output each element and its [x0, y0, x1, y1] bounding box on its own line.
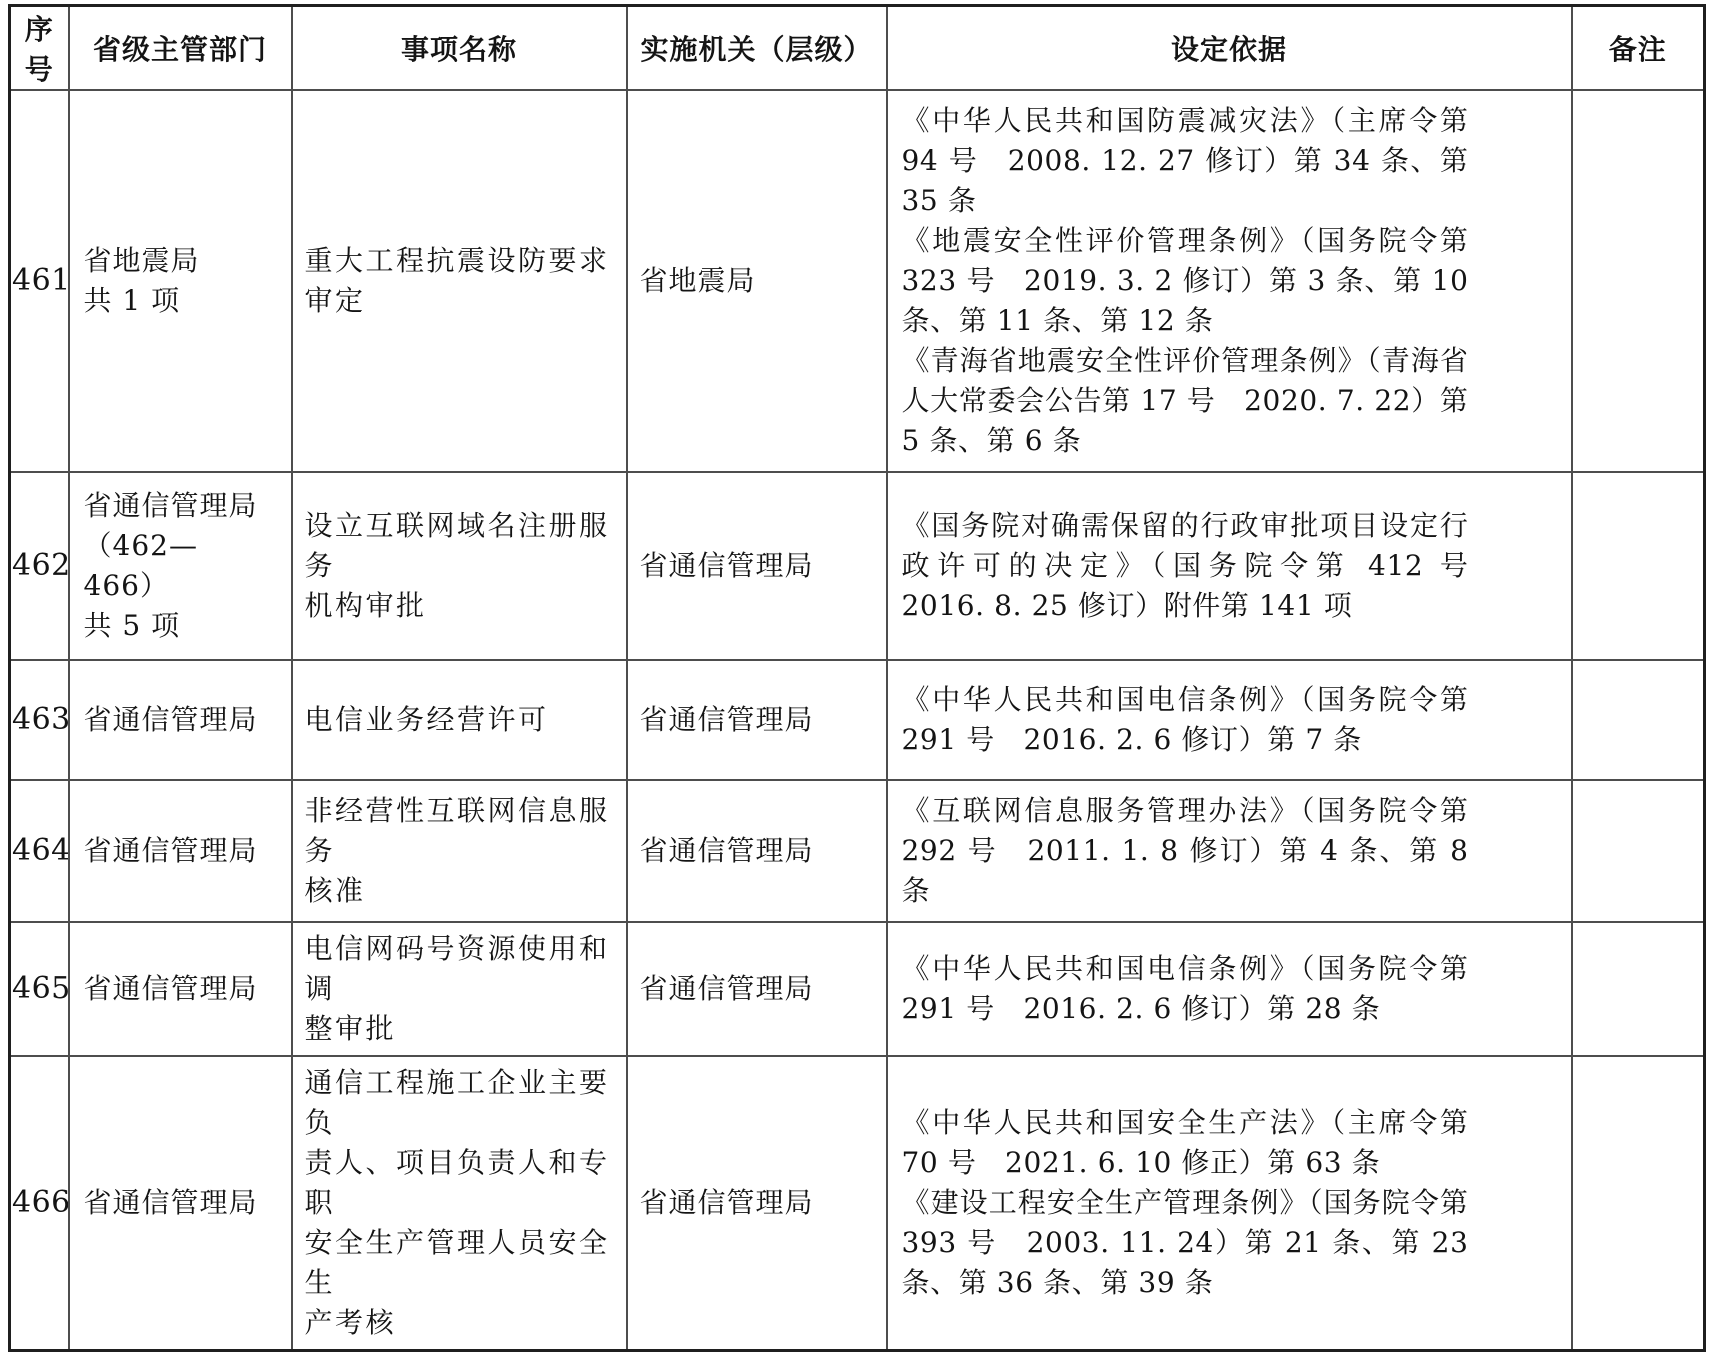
- cell-remark: [1572, 660, 1705, 780]
- cell-seq: 464: [10, 780, 69, 922]
- approval-items-table: 序号 省级主管部门 事项名称 实施机关（层级） 设定依据 备注 461 省地震局…: [8, 4, 1706, 1352]
- table-row-461: 461 省地震局 共 1 项 重大工程抗震设防要求 审定 省地震局 《中华人民共…: [10, 90, 1705, 472]
- table-row-466: 466 省通信管理局 通信工程施工企业主要负 责人、项目负责人和专职 安全生产管…: [10, 1056, 1705, 1351]
- cell-basis: 《中华人民共和国电信条例》（国务院令第 291 号 2016. 2. 6 修订）…: [887, 922, 1572, 1056]
- cell-basis: 《中华人民共和国安全生产法》（主席令第 70 号 2021. 6. 10 修正）…: [887, 1056, 1572, 1351]
- header-row: 序号 省级主管部门 事项名称 实施机关（层级） 设定依据 备注: [10, 6, 1705, 91]
- cell-agency: 省通信管理局: [627, 472, 887, 660]
- cell-item-name: 电信网码号资源使用和调 整审批: [292, 922, 627, 1056]
- cell-department: 省通信管理局: [69, 780, 292, 922]
- cell-item-name: 非经营性互联网信息服务 核准: [292, 780, 627, 922]
- table-row-464: 464 省通信管理局 非经营性互联网信息服务 核准 省通信管理局 《互联网信息服…: [10, 780, 1705, 922]
- table-row-465: 465 省通信管理局 电信网码号资源使用和调 整审批 省通信管理局 《中华人民共…: [10, 922, 1705, 1056]
- table-row-462: 462 省通信管理局 （462—466） 共 5 项 设立互联网域名注册服务 机…: [10, 472, 1705, 660]
- cell-agency: 省通信管理局: [627, 780, 887, 922]
- cell-agency: 省通信管理局: [627, 922, 887, 1056]
- col-header-agency: 实施机关（层级）: [627, 6, 887, 91]
- cell-agency: 省通信管理局: [627, 1056, 887, 1351]
- col-header-department: 省级主管部门: [69, 6, 292, 91]
- cell-remark: [1572, 922, 1705, 1056]
- cell-department: 省通信管理局: [69, 922, 292, 1056]
- cell-remark: [1572, 780, 1705, 922]
- col-header-seq: 序号: [10, 6, 69, 91]
- cell-basis: 《互联网信息服务管理办法》（国务院令第 292 号 2011. 1. 8 修订）…: [887, 780, 1572, 922]
- table-header: 序号 省级主管部门 事项名称 实施机关（层级） 设定依据 备注: [10, 6, 1705, 91]
- cell-remark: [1572, 1056, 1705, 1351]
- cell-remark: [1572, 472, 1705, 660]
- cell-department: 省通信管理局: [69, 1056, 292, 1351]
- cell-seq: 462: [10, 472, 69, 660]
- cell-seq: 463: [10, 660, 69, 780]
- cell-department: 省通信管理局 （462—466） 共 5 项: [69, 472, 292, 660]
- cell-item-name: 设立互联网域名注册服务 机构审批: [292, 472, 627, 660]
- cell-remark: [1572, 90, 1705, 472]
- cell-seq: 461: [10, 90, 69, 472]
- cell-item-name: 通信工程施工企业主要负 责人、项目负责人和专职 安全生产管理人员安全生 产考核: [292, 1056, 627, 1351]
- cell-seq: 465: [10, 922, 69, 1056]
- col-header-item-name: 事项名称: [292, 6, 627, 91]
- cell-basis: 《中华人民共和国电信条例》（国务院令第 291 号 2016. 2. 6 修订）…: [887, 660, 1572, 780]
- cell-basis: 《中华人民共和国防震减灾法》（主席令第 94 号 2008. 12. 27 修订…: [887, 90, 1572, 472]
- document-page: 序号 省级主管部门 事项名称 实施机关（层级） 设定依据 备注 461 省地震局…: [0, 0, 1711, 1175]
- col-header-remark: 备注: [1572, 6, 1705, 91]
- cell-item-name: 电信业务经营许可: [292, 660, 627, 780]
- col-header-basis: 设定依据: [887, 6, 1572, 91]
- cell-basis: 《国务院对确需保留的行政审批项目设定行政许可的决定》（国务院令第 412 号 2…: [887, 472, 1572, 660]
- cell-agency: 省通信管理局: [627, 660, 887, 780]
- cell-agency: 省地震局: [627, 90, 887, 472]
- cell-item-name: 重大工程抗震设防要求 审定: [292, 90, 627, 472]
- table-body: 461 省地震局 共 1 项 重大工程抗震设防要求 审定 省地震局 《中华人民共…: [10, 90, 1705, 1351]
- cell-seq: 466: [10, 1056, 69, 1351]
- table-row-463: 463 省通信管理局 电信业务经营许可 省通信管理局 《中华人民共和国电信条例》…: [10, 660, 1705, 780]
- cell-department: 省通信管理局: [69, 660, 292, 780]
- cell-department: 省地震局 共 1 项: [69, 90, 292, 472]
